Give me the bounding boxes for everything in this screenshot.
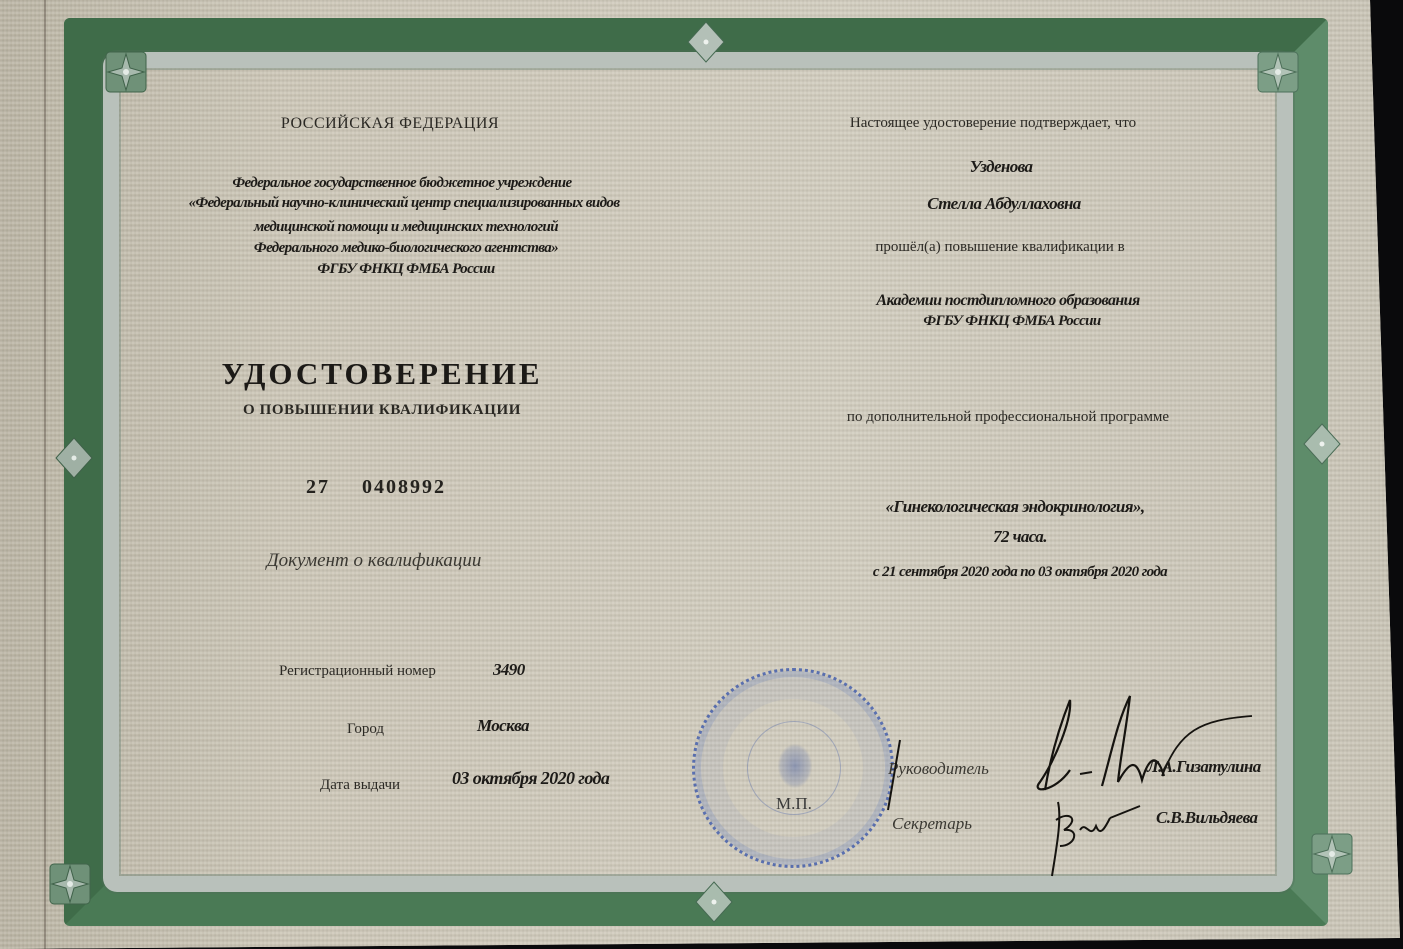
institution-line-1: Федеральное государственное бюджетное уч… [232, 175, 571, 192]
institution-abbrev: ФГБУ ФНКЦ ФМБА России [317, 261, 494, 278]
registration-number-value: 3490 [493, 660, 525, 680]
country-heading: РОССИЙСКАЯ ФЕДЕРАЦИЯ [281, 115, 499, 133]
program-name: «Гинекологическая эндокринология», [886, 497, 1145, 517]
issue-date-value: 03 октября 2020 года [452, 768, 609, 789]
holder-given-names: Стелла Абдуллаховна [927, 194, 1080, 214]
document-subtitle: О ПОВЫШЕНИИ КВАЛИФИКАЦИИ [243, 402, 521, 419]
double-headed-eagle-icon [778, 744, 812, 788]
secretary-label: Секретарь [892, 814, 972, 834]
city-label: Город [347, 721, 384, 738]
passed-training-text: прошёл(а) повышение квалификации в [875, 239, 1124, 256]
document-number: 0408992 [362, 476, 446, 499]
issue-date-label: Дата выдачи [320, 777, 400, 794]
document-title: УДОСТОВЕРЕНИЕ [221, 356, 542, 392]
official-seal [692, 668, 894, 868]
city-value: Москва [477, 716, 529, 736]
institution-line-3: медицинской помощи и медицинских техноло… [254, 219, 558, 236]
academy-line-2: ФГБУ ФНКЦ ФМБА России [923, 313, 1100, 330]
institution-line-4: Федерального медико-биологического агент… [254, 240, 558, 257]
seal-placement-label: М.П. [776, 794, 812, 814]
registration-number-label: Регистрационный номер [279, 663, 436, 680]
certificate-content: РОССИЙСКАЯ ФЕДЕРАЦИЯ Федеральное государ… [0, 0, 1403, 949]
secretary-signature [1040, 790, 1150, 885]
secretary-name: С.В.Вильдяева [1156, 808, 1257, 828]
document-type: Документ о квалификации [267, 550, 482, 572]
head-name: Л.А.Гизатулина [1147, 757, 1261, 777]
program-intro: по дополнительной профессиональной прогр… [847, 409, 1169, 426]
academy-line-1: Академии постдипломного образования [876, 292, 1139, 310]
institution-line-2: «Федеральный научно-клинический центр сп… [189, 195, 620, 212]
holder-surname: Узденова [970, 157, 1033, 177]
training-period: с 21 сентября 2020 года по 03 октября 20… [873, 564, 1167, 581]
program-hours: 72 часа. [993, 527, 1047, 547]
certifies-intro: Настоящее удостоверение подтверждает, чт… [850, 115, 1136, 132]
document-series: 27 [306, 476, 330, 499]
